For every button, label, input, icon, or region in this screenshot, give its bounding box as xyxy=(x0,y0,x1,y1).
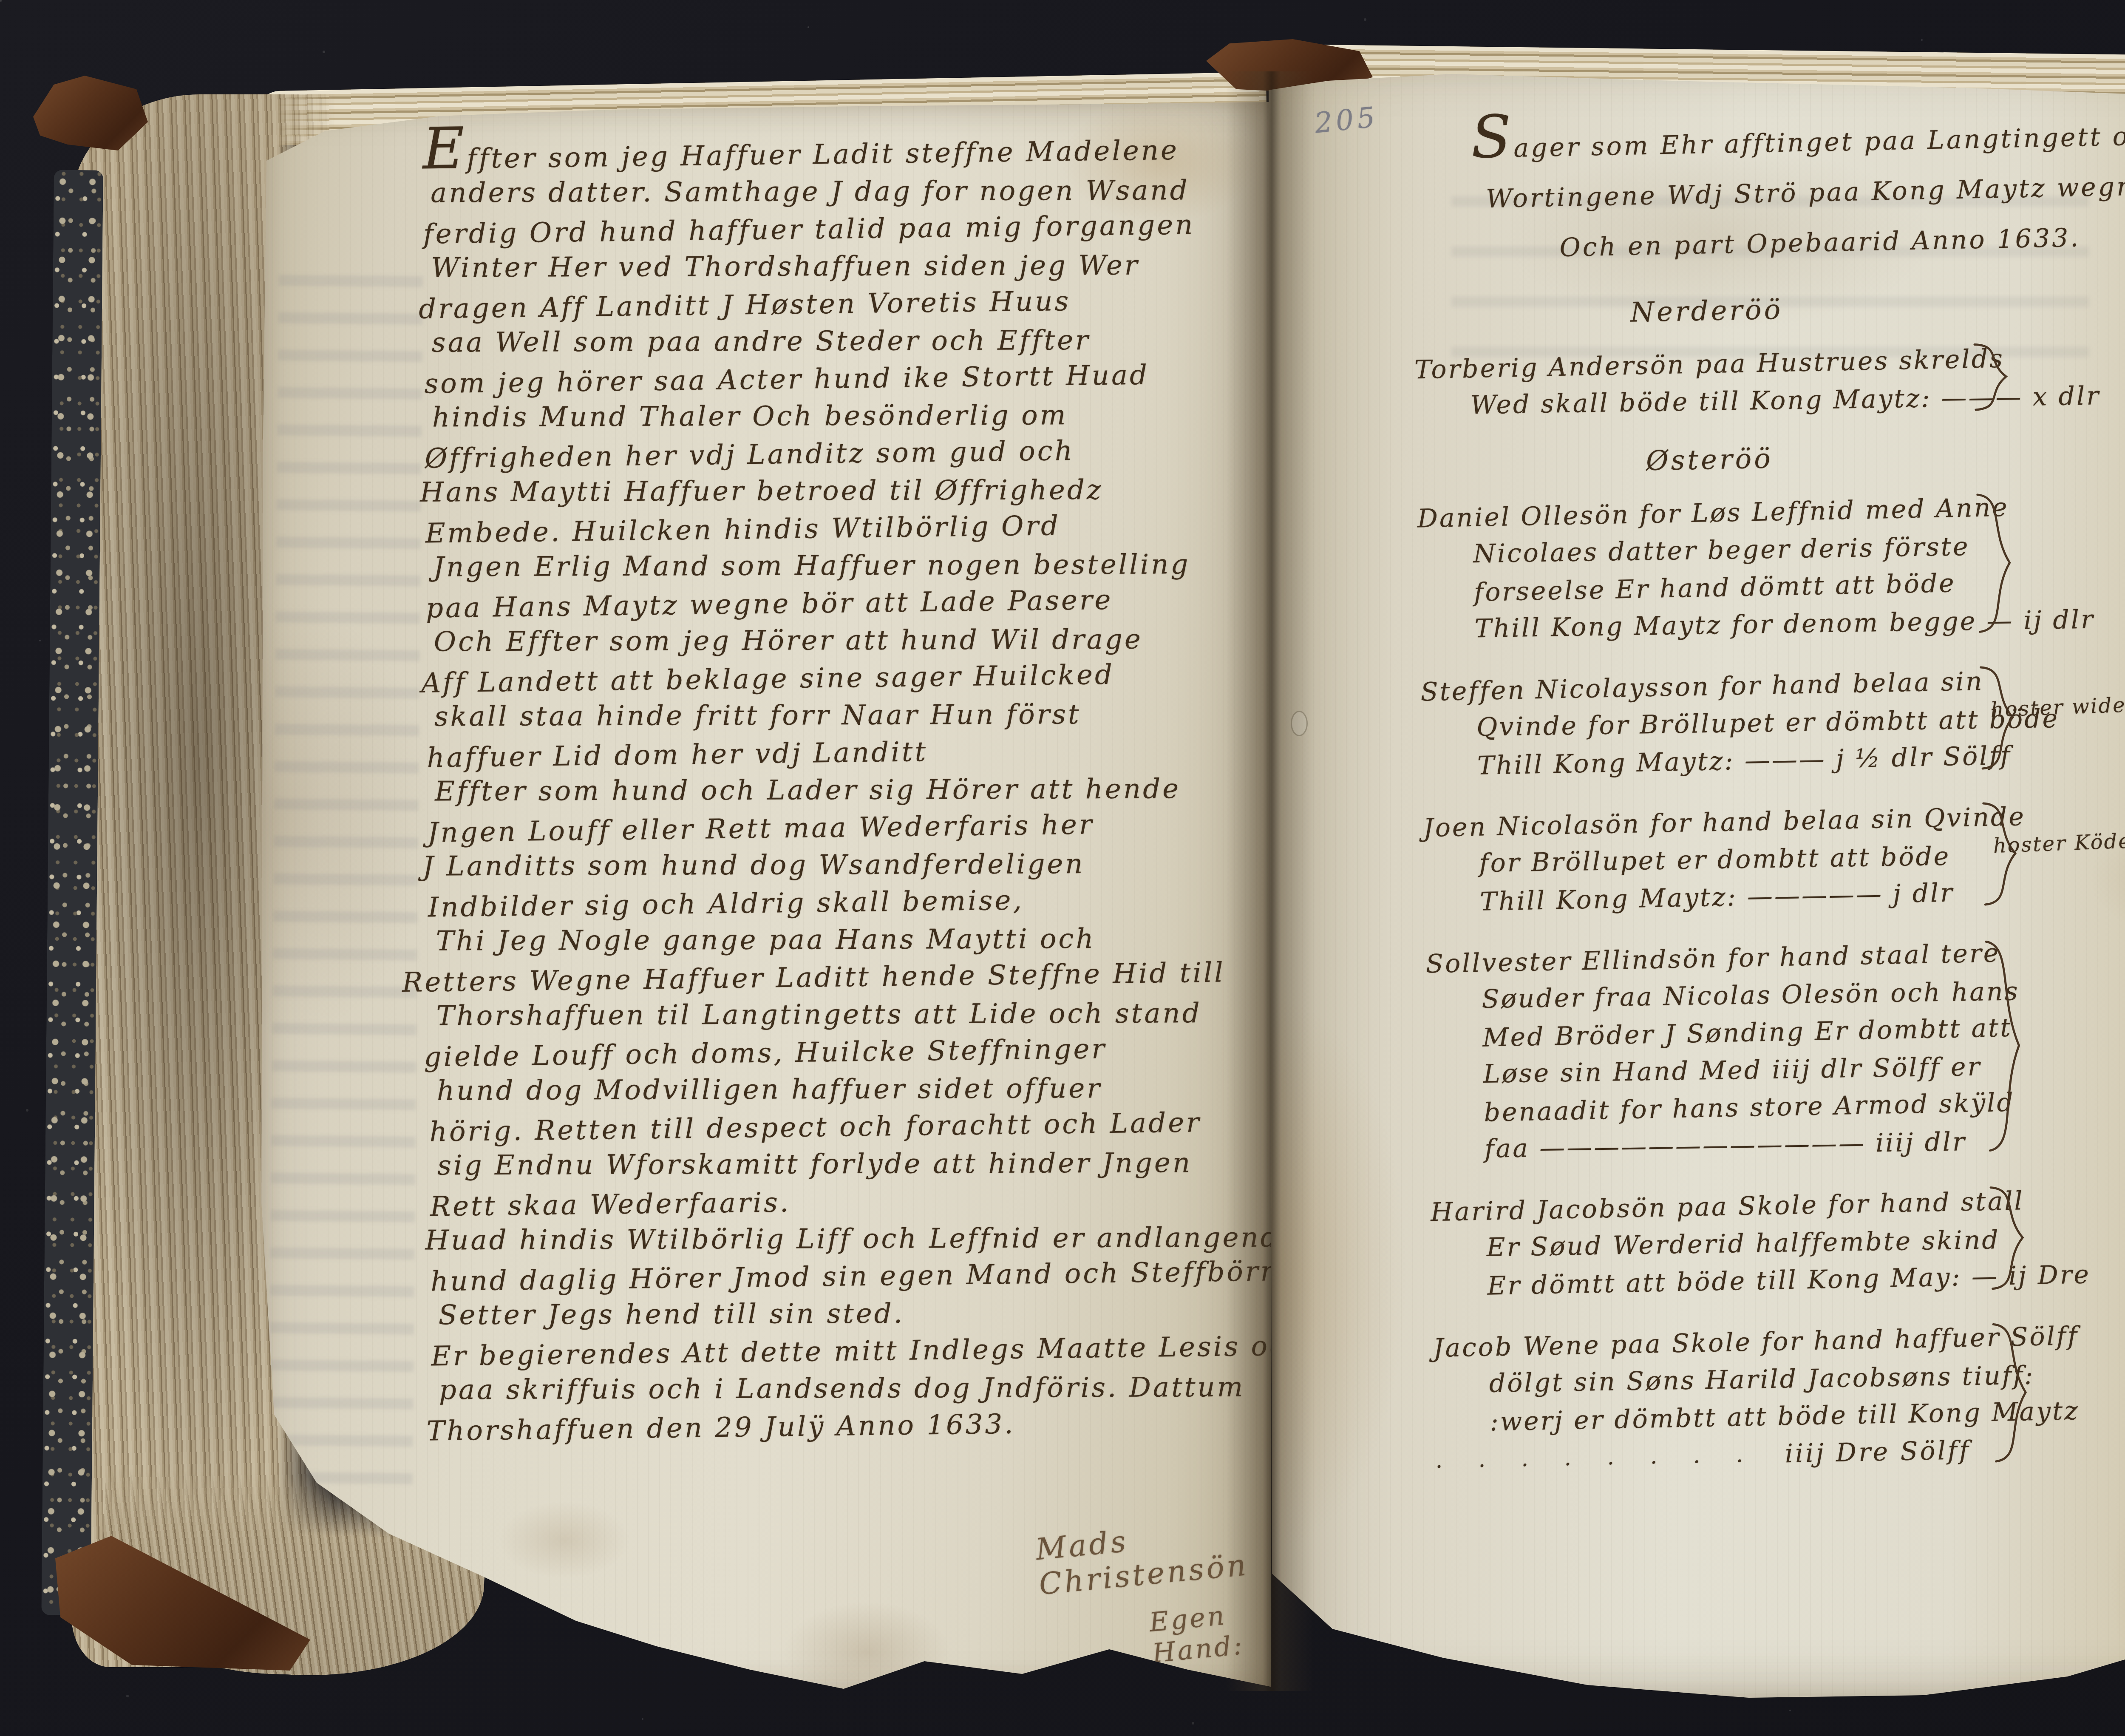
manuscript-line: Jngen Louff eller Rett maa Wederfaris he… xyxy=(427,803,1299,851)
fine-amount: iiij Dre Sölff xyxy=(1785,1432,1971,1472)
manuscript-line: Winter Her ved Thordshaffuen siden jeg W… xyxy=(431,246,1295,286)
left-page-text: Effter som jeg Haffuer Ladit steffne Mad… xyxy=(422,120,1303,1448)
fine-entry: Joen Nicolasön for hand belaa sin Qvinde… xyxy=(1423,798,2012,922)
manuscript-line: skall staa hinde fritt forr Naar Hun för… xyxy=(434,695,1298,735)
manuscript-line: Rett skaa Wederfaaris. xyxy=(430,1177,1301,1225)
curly-brace-icon xyxy=(1967,342,2016,411)
fine-entry: Harird Jacobsön paa Skole for hand stall… xyxy=(1430,1183,2019,1306)
fine-list-block: Nerderöö xyxy=(1273,285,2125,335)
right-page: 205 Sager som Ehr afftinget paa Langting… xyxy=(1269,56,2125,1701)
left-page: Effter som jeg Haffuer Ladit steffne Mad… xyxy=(261,97,1271,1700)
manuscript-line: Thorshaffuen til Langtingetts att Lide o… xyxy=(436,994,1300,1035)
manuscript-line: Qvinde for Bröllupet er dömbtt att böde xyxy=(1476,701,2008,746)
curly-brace-icon xyxy=(1970,491,2020,635)
manuscript-line: Jngen Erlig Mand som Haffuer nogen beste… xyxy=(433,545,1297,586)
manuscript-line: Søuder fraa Nicolas Olesön och hans xyxy=(1482,973,2013,1018)
district-heading: Nerderöö xyxy=(1413,290,2000,332)
fine-entry-lines: Steffen Nicolaysson for hand belaa sinQv… xyxy=(1420,662,2009,786)
manuscript-line: Effter som jeg Haffuer Ladit steffne Mad… xyxy=(422,118,1294,179)
fine-entry-lines: Sollvester Ellindsön for hand staal tere… xyxy=(1425,934,2016,1170)
manuscript-line: Øffrigheden her vdj Landitz som gud och xyxy=(425,429,1296,477)
dust-specks xyxy=(0,0,2,2)
fine-entry: Steffen Nicolaysson for hand belaa sinQv… xyxy=(1420,662,2009,786)
fine-entry: Torberig Andersön paa Hustrues skreldsWe… xyxy=(1414,340,2002,426)
manuscript-line: Thill Kong Maytz for denom begge — ij dl… xyxy=(1474,602,2006,648)
fine-list-block: Torberig Andersön paa Hustrues skreldsWe… xyxy=(1274,335,2125,429)
manuscript-line: sig Endnu Wforskamitt forlyde att hinder… xyxy=(437,1144,1301,1184)
right-page-header: Sager som Ehr afftinget paa Langtingett … xyxy=(1456,107,2125,275)
signature-block: Mads Christensön Egen Hand: xyxy=(1034,1508,1310,1679)
manuscript-line: hörig. Retten till despect och forachtt … xyxy=(429,1103,1301,1151)
fine-entry: Jacob Wene paa Skole for hand haffuer Sö… xyxy=(1433,1319,2022,1479)
manuscript-photo: Effter som jeg Haffuer Ladit steffne Mad… xyxy=(0,0,2125,1736)
manuscript-line: hindis Mund Thaler Och besönderlig om xyxy=(432,396,1296,436)
manuscript-line: som jeg hörer saa Acter hund ike Stortt … xyxy=(424,355,1296,403)
manuscript-line: Wed skall böde till Kong Maytz: ——— x dl… xyxy=(1470,379,2002,424)
curly-brace-icon xyxy=(1983,1185,2033,1291)
manuscript-line: faa ———————————— iiij dlr xyxy=(1485,1122,2016,1168)
manuscript-line: Thi Jeg Nogle gange paa Hans Maytti och xyxy=(436,919,1299,960)
manuscript-line: Retters Wegne Haffuer Laditt hende Steff… xyxy=(402,953,1300,1001)
manuscript-line: dragen Aff Landitt J Høsten Voretis Huus xyxy=(419,280,1295,328)
manuscript-line: Embede. Huilcken hindis Wtilbörlig Ord xyxy=(425,504,1297,552)
signature-name: Mads Christensön xyxy=(1034,1508,1303,1602)
dotted-leader: . . . . . . . . xyxy=(1435,1436,1758,1480)
manuscript-line: Indbilder sig och Aldrig skall bemise, xyxy=(428,878,1299,926)
ink-bleedthrough-left xyxy=(268,275,423,1509)
manuscript-line: anders datter. Samthage J dag for nogen … xyxy=(431,171,1294,212)
manuscript-line: gielde Louff och doms, Huilcke Steffning… xyxy=(424,1028,1300,1076)
fine-entry-lines: Jacob Wene paa Skole for hand haffuer Sö… xyxy=(1433,1319,2021,1442)
manuscript-line: Nicolaes datter beger deris förste xyxy=(1473,528,2005,573)
manuscript-line: paa Hans Maytz wegne bör att Lade Pasere xyxy=(426,579,1298,627)
fine-entry-lines: Harird Jacobsön paa Skole for hand stall… xyxy=(1430,1183,2019,1306)
manuscript-line: J Landitts som hund dog Wsandferdeligen xyxy=(422,845,1299,885)
fine-list-block: Sollvester Ellindsön for hand staal tere… xyxy=(1285,929,2125,1172)
fine-entry: Daniel Ollesön for Løs Leffnid med AnneN… xyxy=(1417,489,2006,650)
manuscript-line: ferdig Ord hund haffuer talid paa mig fo… xyxy=(423,205,1295,253)
fine-list-block: Jacob Wene paa Skole for hand haffuer Sö… xyxy=(1292,1313,2125,1482)
signature-subscript: Egen Hand: xyxy=(1148,1592,1310,1669)
fine-entry-lines: Daniel Ollesön for Løs Leffnid med AnneN… xyxy=(1417,489,2006,650)
manuscript-line: Setter Jegs hend till sin sted. xyxy=(439,1293,1302,1334)
manuscript-line: Er begierendes Att dette mitt Indlegs Ma… xyxy=(431,1327,1303,1375)
fine-list: Nerderöö Torberig Andersön paa Hustrues … xyxy=(1273,285,2125,1482)
right-page-text: Sager som Ehr afftinget paa Langtingett … xyxy=(1269,62,2125,1506)
fine-entry-lines: Torberig Andersön paa Hustrues skreldsWe… xyxy=(1414,340,2002,426)
fine-list-block: Harird Jacobsön paa Skole for hand stall… xyxy=(1290,1177,2125,1308)
manuscript-line: paa skriffuis och i Landsends dog Jndför… xyxy=(439,1368,1303,1409)
manuscript-line: Hans Maytti Haffuer betroed til Øffrighe… xyxy=(420,471,1296,511)
manuscript-line: dölgt sin Søns Harild Jacobsøns tiuff: xyxy=(1489,1357,2020,1402)
manuscript-line: Och Effter som jeg Hörer att hund Wil dr… xyxy=(433,620,1297,661)
fine-entry-lines: Joen Nicolasön for hand belaa sin Qvinde… xyxy=(1423,798,2012,922)
manuscript-line: Aff Landett att beklage sine sager Huilc… xyxy=(421,654,1298,702)
manuscript-line: hund dog Modvilligen haffuer sidet offue… xyxy=(437,1069,1300,1109)
fine-entry: Sollvester Ellindsön for hand staal tere… xyxy=(1425,934,2016,1170)
district-heading: Østeröö xyxy=(1416,439,2003,481)
manuscript-line: Løse sin Hand Med iiij dlr Sölff er xyxy=(1483,1047,2014,1093)
manuscript-line: Effter som hund och Lader sig Hörer att … xyxy=(435,770,1298,810)
fine-list-block: Østeröö xyxy=(1276,434,2125,484)
manuscript-line: Er Søud Werderid halffembte skind xyxy=(1486,1221,2018,1266)
manuscript-line: hund daglig Hörer Jmod sin egen Mand och… xyxy=(431,1252,1302,1300)
manuscript-line: Thorshaffuen den 29 Julÿ Anno 1633. xyxy=(426,1402,1303,1450)
manuscript-line: saa Well som paa andre Steder och Effter xyxy=(432,321,1295,361)
left-page-lines: Effter som jeg Haffuer Ladit steffne Mad… xyxy=(422,120,1303,1448)
manuscript-line: for Bröllupet er dombtt att böde xyxy=(1479,837,2011,882)
manuscript-line: haffuer Lid dom her vdj Landitt xyxy=(427,729,1298,777)
manuscript-line: Huad hindis Wtilbörlig Liff och Leffnid … xyxy=(425,1219,1301,1259)
fine-list-block: Joen Nicolasön for hand belaa sin Qvinde… xyxy=(1283,793,2125,925)
fine-list-block: Daniel Ollesön for Løs Leffnid med AnneN… xyxy=(1277,484,2125,652)
curly-brace-icon xyxy=(1979,936,2031,1155)
curly-brace-icon xyxy=(1986,1321,2036,1464)
fine-list-block: Steffen Nicolaysson for hand belaa sinQv… xyxy=(1280,657,2125,789)
